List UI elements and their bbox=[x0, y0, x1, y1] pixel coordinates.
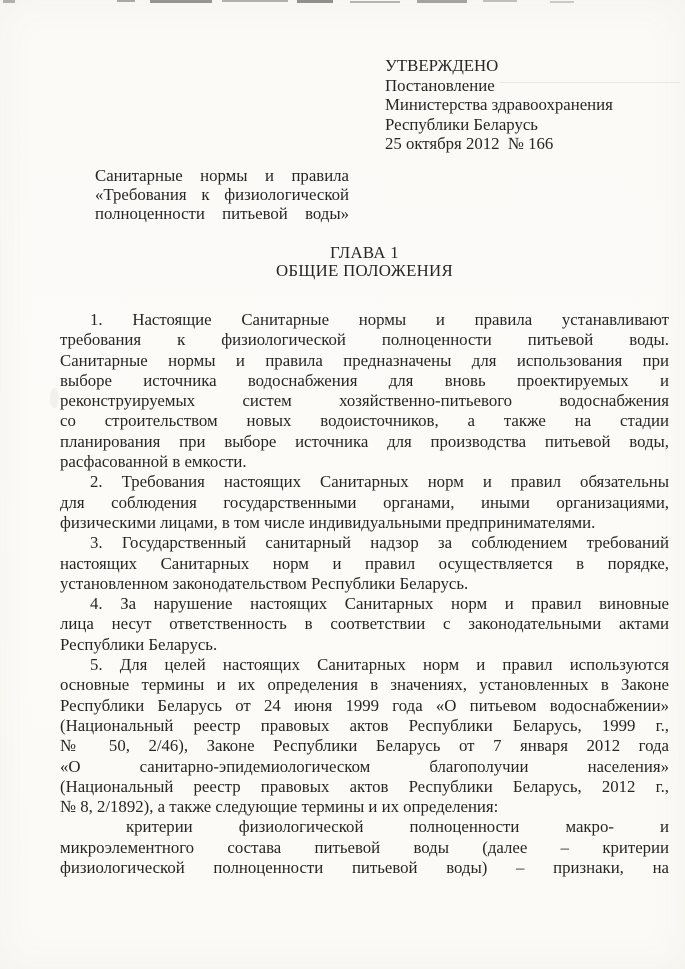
chapter-number: ГЛАВА 1 bbox=[60, 244, 669, 262]
paragraph: 1. Настоящие Санитарные нормы и правила … bbox=[60, 310, 669, 472]
paragraph: критерии физиологической полноценности м… bbox=[60, 817, 669, 878]
paragraph: 5. Для целей настоящих Санитарных норм и… bbox=[60, 655, 669, 817]
document-title: Санитарные нормы и правила«Требования к … bbox=[95, 167, 349, 224]
scan-artifact bbox=[222, 0, 288, 2]
chapter-heading: ГЛАВА 1 ОБЩИЕ ПОЛОЖЕНИЯ bbox=[60, 244, 669, 281]
text-line: требования к физиологической полноценнос… bbox=[60, 330, 669, 350]
text-line: Республики Беларусь. bbox=[60, 635, 669, 655]
text-line: физическими лицами, в том числе индивиду… bbox=[60, 513, 669, 533]
text-line: 1. Настоящие Санитарные нормы и правила … bbox=[60, 310, 669, 330]
text-line: 5. Для целей настоящих Санитарных норм и… bbox=[60, 655, 669, 675]
text-line: лица несут ответственность в соответстви… bbox=[60, 614, 669, 634]
scan-artifact bbox=[417, 0, 467, 3]
text-line: настоящих Санитарных норм и правил осуще… bbox=[60, 554, 669, 574]
paragraph: 4. За нарушение настоящих Санитарных нор… bbox=[60, 594, 669, 655]
text-line: полноценности питьевой воды» bbox=[95, 205, 349, 224]
text-line: Постановление bbox=[385, 76, 613, 96]
text-line: Санитарные нормы и правила bbox=[95, 167, 349, 186]
paragraph: 3. Государственный санитарный надзор за … bbox=[60, 533, 669, 594]
text-line: Министерства здравоохранения bbox=[385, 95, 613, 115]
text-line: физиологической полноценности питьевой в… bbox=[60, 858, 669, 878]
text-line: № 50, 2/46), Законе Республики Беларусь … bbox=[60, 736, 669, 756]
scan-smudge bbox=[50, 388, 59, 408]
document-page: УТВЕРЖДЕНОПостановлениеМинистерства здра… bbox=[0, 0, 685, 969]
document-body: 1. Настоящие Санитарные нормы и правила … bbox=[60, 310, 669, 878]
text-line: 25 октября 2012 № 166 bbox=[385, 134, 613, 154]
text-line: со строительством новых водоисточников, … bbox=[60, 411, 669, 431]
text-line: микроэлементного состава питьевой воды (… bbox=[60, 838, 669, 858]
scan-artifact bbox=[550, 1, 574, 3]
text-line: планирования при выборе источника для пр… bbox=[60, 432, 669, 452]
chapter-title: ОБЩИЕ ПОЛОЖЕНИЯ bbox=[60, 262, 669, 280]
text-line: «Требования к физиологической bbox=[95, 186, 349, 205]
text-line: Республики Беларусь bbox=[385, 115, 613, 135]
text-line: 2. Требования настоящих Санитарных норм … bbox=[60, 472, 669, 492]
paragraph: 2. Требования настоящих Санитарных норм … bbox=[60, 472, 669, 533]
scan-artifact bbox=[117, 0, 135, 2]
text-line: № 8, 2/1892), а также следующие термины … bbox=[60, 797, 669, 817]
scan-artifact bbox=[483, 0, 517, 2]
scan-artifact bbox=[3, 0, 15, 3]
text-line: критерии физиологической полноценности м… bbox=[60, 817, 669, 837]
text-line: выборе источника водоснабжения для вновь… bbox=[60, 371, 669, 391]
text-line: «О санитарно-эпидемиологическом благопол… bbox=[60, 757, 669, 777]
text-line: основные термины и их определения в знач… bbox=[60, 675, 669, 695]
scan-artifact bbox=[350, 1, 400, 3]
text-line: 3. Государственный санитарный надзор за … bbox=[60, 533, 669, 553]
text-line: (Национальный реестр правовых актов Респ… bbox=[60, 777, 669, 797]
scan-artifact bbox=[297, 0, 333, 3]
text-line: (Национальный реестр правовых актов Респ… bbox=[60, 716, 669, 736]
text-line: УТВЕРЖДЕНО bbox=[385, 56, 613, 76]
text-line: для соблюдения государственными органами… bbox=[60, 493, 669, 513]
approval-block: УТВЕРЖДЕНОПостановлениеМинистерства здра… bbox=[385, 56, 613, 154]
text-line: установленном законодательством Республи… bbox=[60, 574, 669, 594]
text-line: Республики Беларусь от 24 июня 1999 года… bbox=[60, 696, 669, 716]
text-line: 4. За нарушение настоящих Санитарных нор… bbox=[60, 594, 669, 614]
scan-artifact bbox=[150, 0, 212, 3]
text-line: расфасованной в емкости. bbox=[60, 452, 669, 472]
text-line: реконструируемых систем хозяйственно-пит… bbox=[60, 391, 669, 411]
text-line: Санитарные нормы и правила предназначены… bbox=[60, 351, 669, 371]
